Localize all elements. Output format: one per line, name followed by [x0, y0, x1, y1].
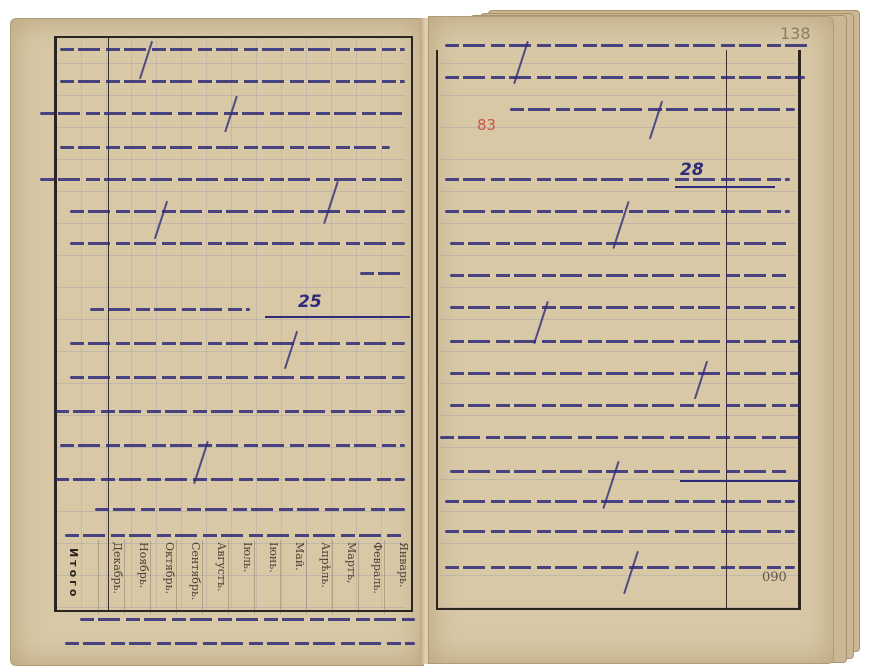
handwritten-line — [40, 178, 405, 181]
date-underline — [265, 316, 410, 318]
handwritten-line — [450, 274, 790, 277]
handwritten-line — [445, 178, 790, 181]
left-margin-line — [108, 38, 109, 610]
handwritten-line — [40, 112, 405, 115]
handwritten-line — [450, 340, 800, 343]
handwritten-line — [70, 242, 405, 245]
month-label: Августъ. — [202, 540, 228, 614]
date-marker: 25 — [298, 292, 322, 312]
handwritten-line — [70, 376, 405, 379]
month-label: Сентябрь. — [176, 540, 202, 614]
handwritten-line — [60, 146, 390, 149]
handwritten-line — [450, 242, 790, 245]
handwritten-line — [440, 436, 800, 439]
printed-number: 090 — [762, 570, 787, 585]
handwritten-line — [450, 470, 790, 473]
handwritten-line — [450, 372, 800, 375]
handwritten-line — [360, 272, 405, 275]
month-label: Іюль. — [228, 540, 254, 614]
handwritten-line — [70, 210, 405, 213]
ledger-months: Январь. Февраль. Мартъ, Апрѣль. Май. Іюн… — [110, 540, 410, 612]
handwritten-line — [445, 44, 810, 47]
month-label: Іюнь. — [254, 540, 280, 614]
right-margin-line — [726, 50, 727, 608]
month-label: Октябрь. — [150, 540, 176, 614]
month-label: Май. — [280, 540, 306, 614]
handwritten-line — [445, 210, 790, 213]
page-number: 138 — [780, 24, 811, 43]
handwritten-line — [55, 410, 405, 413]
handwritten-line — [55, 478, 405, 481]
handwritten-line — [510, 108, 795, 111]
handwritten-line — [60, 80, 405, 83]
handwritten-line — [445, 530, 795, 533]
footer-handwritten-line — [65, 642, 415, 645]
month-label: Апрѣль. — [306, 540, 332, 614]
month-label: Декабрь. — [98, 540, 124, 614]
handwritten-line — [60, 48, 405, 51]
date-marker: 28 — [680, 160, 704, 180]
month-label: Мартъ, — [332, 540, 358, 614]
month-label: Ноябрь. — [124, 540, 150, 614]
handwritten-line — [70, 342, 405, 345]
handwritten-line — [450, 404, 800, 407]
notebook-spread: 25 Январь. Февраль. Мартъ, Апрѣль. Май. … — [0, 0, 878, 667]
footer-handwritten-line — [80, 618, 415, 621]
handwritten-line — [445, 500, 795, 503]
handwritten-line — [445, 566, 795, 569]
handwritten-line — [60, 444, 405, 447]
date-underline — [675, 186, 775, 188]
handwritten-line — [95, 508, 405, 511]
handwritten-line — [90, 308, 250, 311]
total-label: Итого — [60, 548, 80, 612]
month-label: Февраль. — [358, 540, 384, 614]
handwritten-line — [445, 76, 805, 79]
handwritten-line — [450, 306, 795, 309]
right-page-frame — [436, 50, 801, 610]
red-annotation: 83 — [477, 116, 496, 134]
section-underline — [680, 480, 800, 482]
month-label: Январь. — [384, 540, 410, 614]
handwritten-line — [65, 534, 405, 537]
